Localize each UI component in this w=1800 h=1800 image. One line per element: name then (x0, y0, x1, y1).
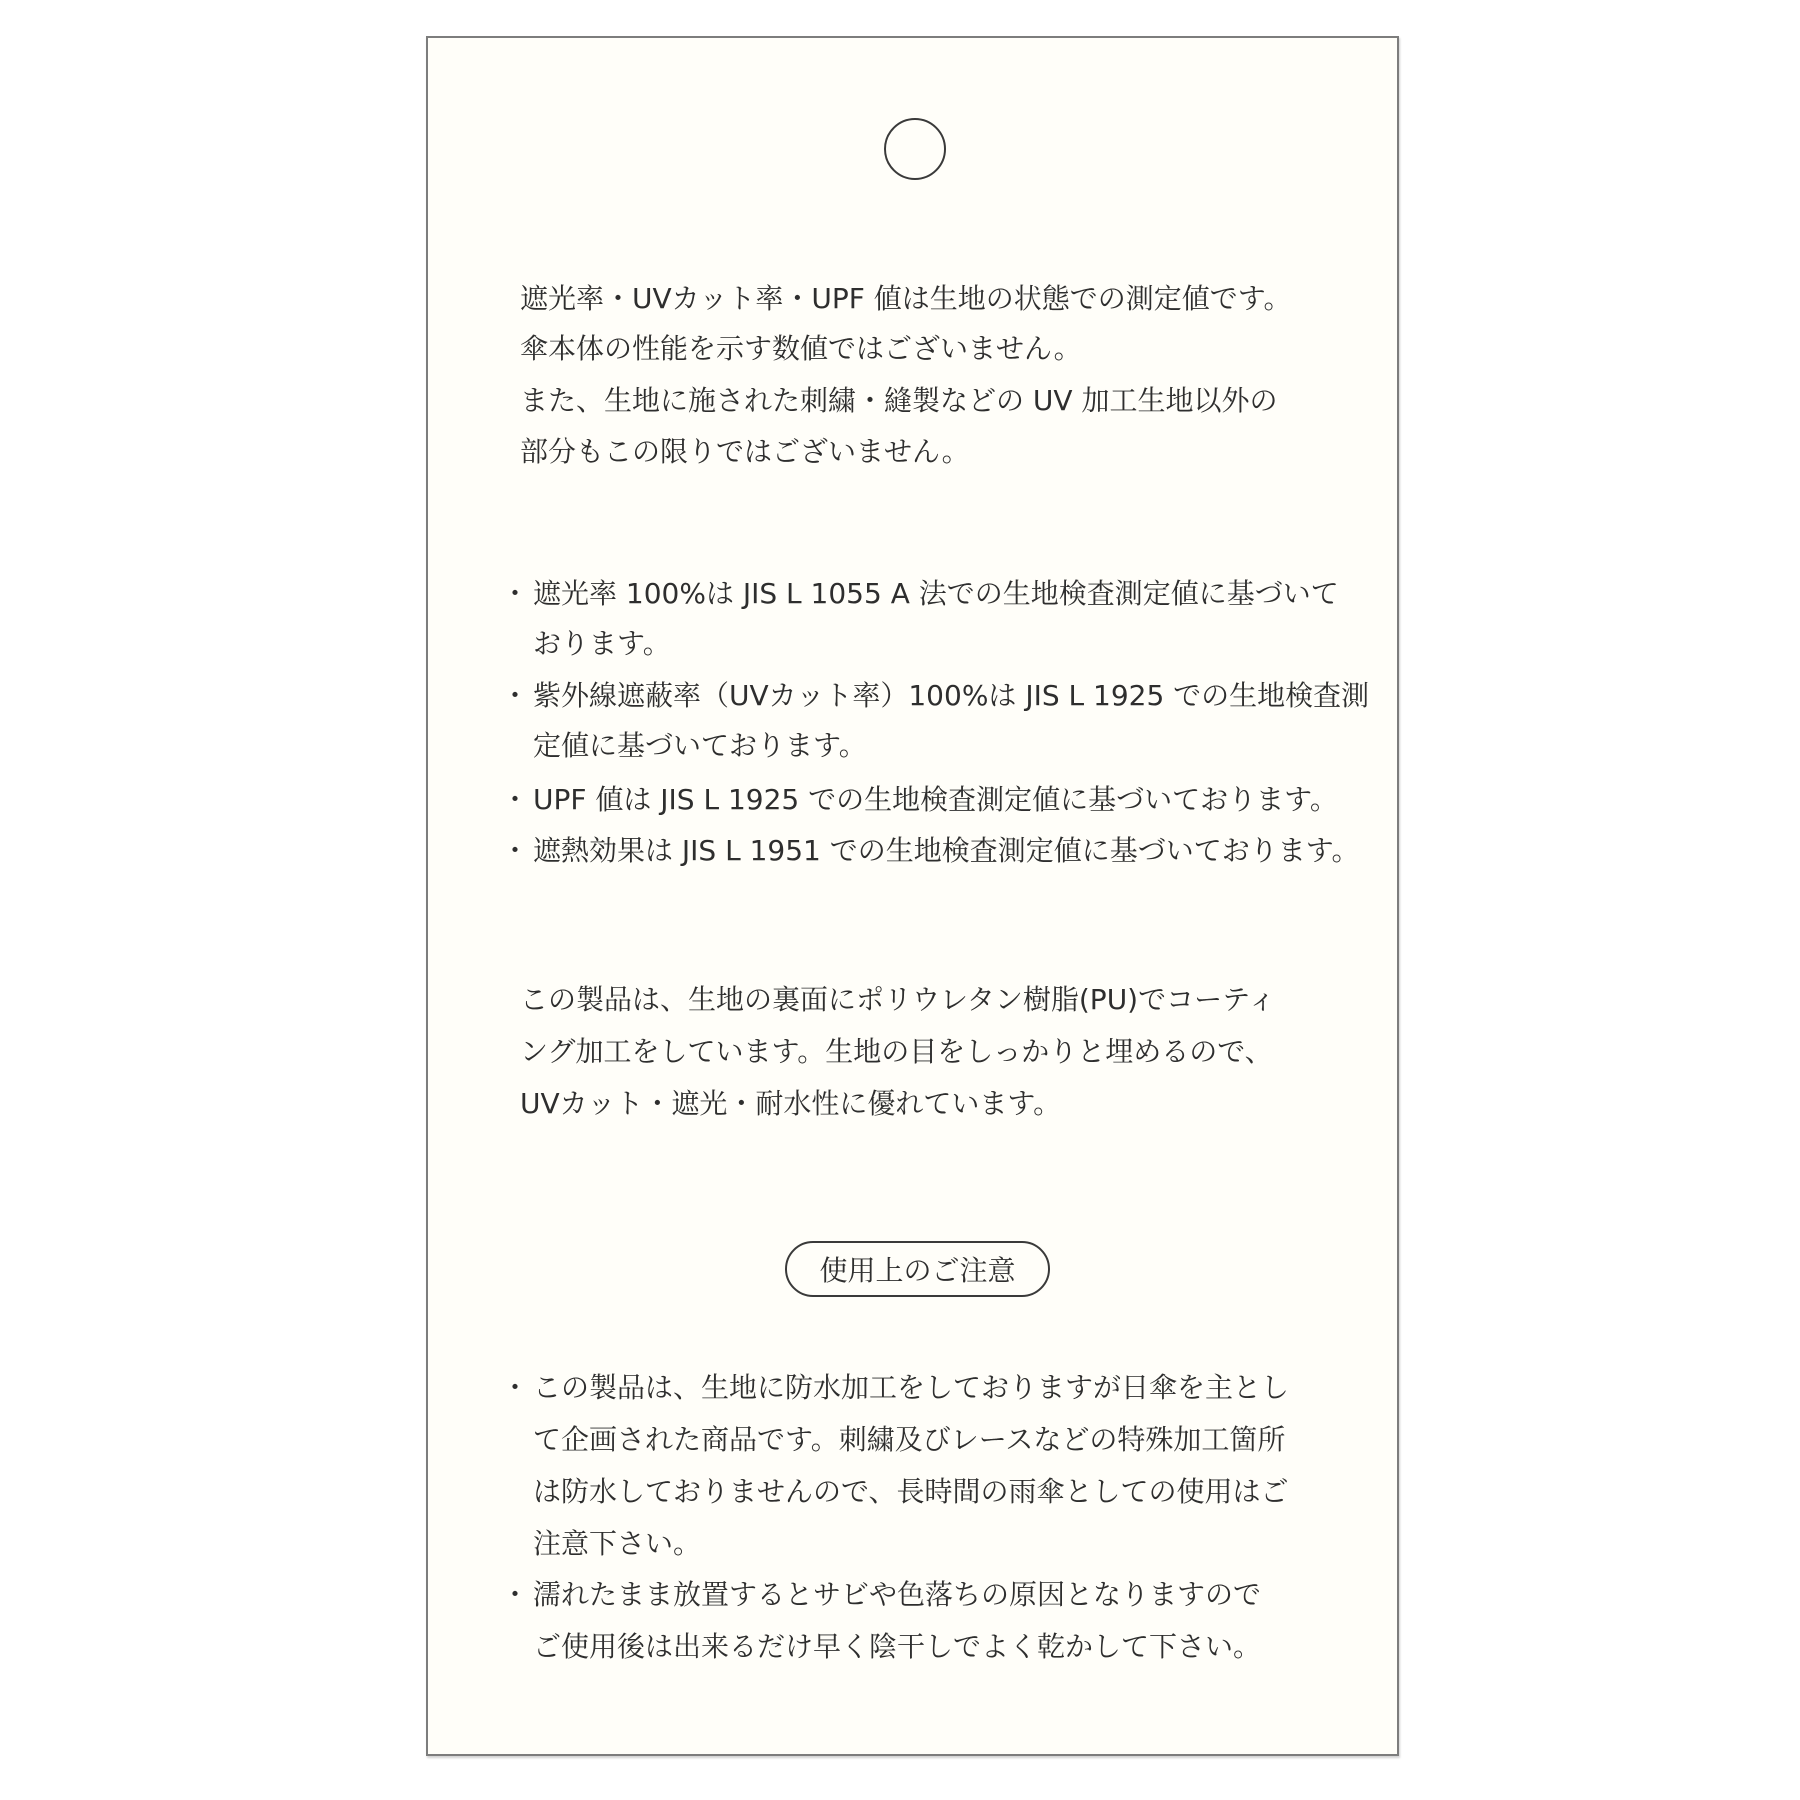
coating-line: UVカット・遮光・耐水性に優れています。 (520, 1086, 1061, 1122)
coating-line: この製品は、生地の裏面にポリウレタン樹脂(PU)でコーティ (520, 982, 1276, 1018)
caution-item-line: 濡れたまま放置するとサビや色落ちの原因となりますので (533, 1577, 1261, 1613)
coating-line: ング加工をしています。生地の目をしっかりと埋めるので、 (520, 1034, 1273, 1070)
standards-item-line: 紫外線遮蔽率（UVカット率）100%は JIS L 1925 での生地検査測 (533, 678, 1369, 714)
bullet-dot: ・ (501, 1370, 529, 1406)
caution-heading-badge: 使用上のご注意 (785, 1241, 1050, 1297)
bullet-dot: ・ (501, 678, 529, 714)
caution-item-line: は防水しておりませんので、長時間の雨傘としての使用はご (533, 1474, 1288, 1510)
product-hang-tag: 遮光率・UVカット率・UPF 値は生地の状態での測定値です。 傘本体の性能を示す… (426, 36, 1399, 1756)
standards-item-line: おります。 (533, 626, 671, 662)
standards-item-line: 遮光率 100%は JIS L 1055 A 法での生地検査測定値に基づいて (533, 576, 1339, 612)
intro-line: また、生地に施された刺繍・縫製などの UV 加工生地以外の (520, 383, 1277, 419)
standards-item-line: UPF 値は JIS L 1925 での生地検査測定値に基づいております。 (533, 782, 1338, 818)
caution-item-line: て企画された商品です。刺繍及びレースなどの特殊加工箇所 (533, 1422, 1285, 1458)
caution-item-line: ご使用後は出来るだけ早く陰干しでよく乾かして下さい。 (533, 1629, 1261, 1665)
bullet-dot: ・ (501, 782, 529, 818)
hang-hole-icon (884, 118, 946, 180)
standards-item-line: 遮熱効果は JIS L 1951 での生地検査測定値に基づいております。 (533, 833, 1360, 869)
caution-item-line: この製品は、生地に防水加工をしておりますが日傘を主とし (533, 1370, 1289, 1406)
intro-line: 部分もこの限りではございません。 (520, 434, 970, 470)
standards-item-line: 定値に基づいております。 (533, 728, 867, 764)
intro-line: 傘本体の性能を示す数値ではございません。 (520, 331, 1082, 367)
bullet-dot: ・ (501, 833, 529, 869)
bullet-dot: ・ (501, 576, 529, 612)
intro-line: 遮光率・UVカット率・UPF 値は生地の状態での測定値です。 (520, 281, 1292, 317)
caution-heading: 使用上のご注意 (819, 1249, 1015, 1289)
caution-item-line: 注意下さい。 (533, 1526, 701, 1562)
bullet-dot: ・ (501, 1577, 529, 1613)
